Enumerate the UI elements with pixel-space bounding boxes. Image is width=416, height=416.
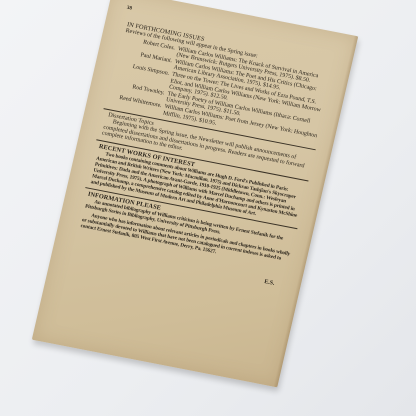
newsletter-page: 38 IN FORTHCOMING ISSUES Reviews of the … [32,0,358,387]
